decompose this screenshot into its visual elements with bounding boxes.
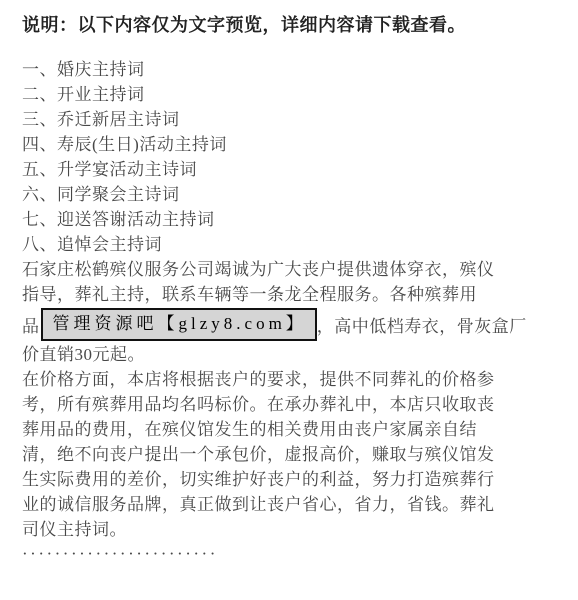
preview-page: 说明：以下内容仅为文字预览，详细内容请下载查看。 一、婚庆主持词 二、开业主持词…: [0, 0, 578, 600]
toc-list: 一、婚庆主持词 二、开业主持词 三、乔迁新居主诗词 四、寿辰(生日)活动主持词 …: [22, 57, 560, 257]
paragraph-line: 考，所有殡葬用品均名吗标价。在承办葬礼中，本店只收取丧: [22, 392, 560, 417]
paragraph-line: 业的诚信服务品牌，真正做到让丧户省心，省力，省钱。葬礼: [22, 492, 560, 517]
toc-item-6: 六、同学聚会主诗词: [22, 182, 560, 207]
paragraph-line: 清，绝不向丧户提出一个承包价，虚报高价，赚取与殡仪馆发: [22, 442, 560, 467]
preview-notice: 说明：以下内容仅为文字预览，详细内容请下载查看。: [22, 13, 560, 38]
toc-item-1: 一、婚庆主持词: [22, 57, 560, 82]
watermark-link-box[interactable]: 管理资源吧【glzy8.com】: [41, 308, 317, 341]
paragraph-line: 指导，葬礼主持，联系车辆等一条龙全程服务。各种殡葬用: [22, 282, 560, 307]
paragraph-line: 价直销30元起。: [22, 342, 560, 367]
paragraph-line: 石家庄松鹤殡仪服务公司竭诚为广大丧户提供遗体穿衣，殡仪: [22, 257, 560, 282]
paragraph-line: 在价格方面，本店将根据丧户的要求，提供不同葬礼的价格参: [22, 367, 560, 392]
paragraph-fragment-pre: 品: [22, 312, 40, 337]
paragraph-line: 司仪主持词。: [22, 517, 560, 542]
paragraph-fragment-post: ，高中低档寿衣，骨灰盒厂: [317, 312, 527, 337]
toc-item-3: 三、乔迁新居主诗词: [22, 107, 560, 132]
paragraph-line: 葬用品的费用，在殡仪馆发生的相关费用由丧户家属亲自结: [22, 417, 560, 442]
toc-item-8: 八、追悼会主持词: [22, 232, 560, 257]
toc-item-4: 四、寿辰(生日)活动主持词: [22, 132, 560, 157]
body-text: 石家庄松鹤殡仪服务公司竭诚为广大丧户提供遗体穿衣，殡仪 指导，葬礼主持，联系车辆…: [22, 257, 560, 565]
toc-item-5: 五、升学宴活动主诗词: [22, 157, 560, 182]
watermark-line: 品 管理资源吧【glzy8.com】 ，高中低档寿衣，骨灰盒厂: [22, 307, 560, 342]
paragraph-line: 生实际费用的差价，切实维护好丧户的利益，努力打造殡葬行: [22, 467, 560, 492]
toc-item-2: 二、开业主持词: [22, 82, 560, 107]
toc-item-7: 七、迎送答谢活动主持词: [22, 207, 560, 232]
truncation-dots: ························: [22, 543, 560, 565]
